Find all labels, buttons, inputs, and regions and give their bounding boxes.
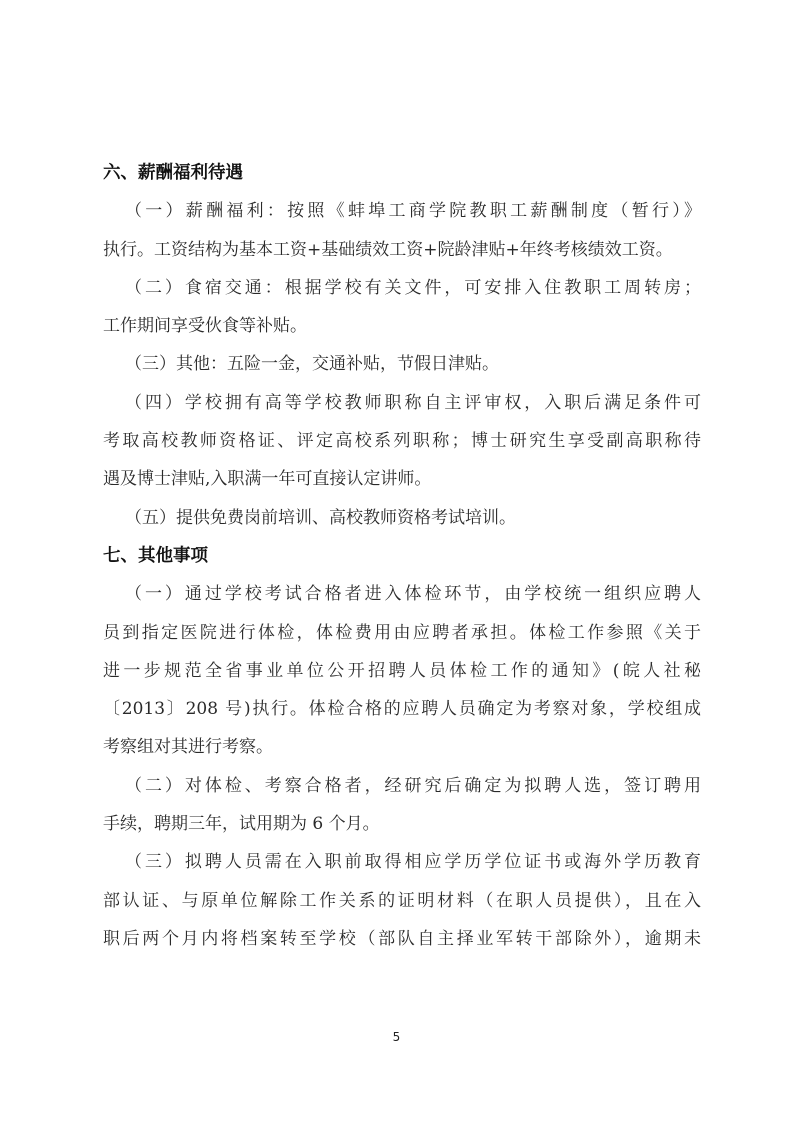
document-body: 六、薪酬福利待遇（一）薪酬福利：按照《蚌埠工商学院教职工薪酬制度（暂行）》执行。… <box>103 154 701 958</box>
paragraph-line: 考取高校教师资格证、评定高校系列职称；博士研究生享受副高职称待 <box>103 422 701 460</box>
paragraph-line: （二）对体检、考察合格者，经研究后确定为拟聘人选，签订聘用 <box>103 767 701 805</box>
section-heading: 七、其他事项 <box>103 537 701 575</box>
page-number: 5 <box>0 1030 793 1044</box>
paragraph-line: 工作期间享受伙食等补贴。 <box>103 307 701 345</box>
paragraph-line: 〔2013〕208 号)执行。体检合格的应聘人员确定为考察对象，学校组成 <box>103 690 701 728</box>
paragraph-line: 执行。工资结构为基本工资+基础绩效工资+院龄津贴+年终考核绩效工资。 <box>103 231 701 269</box>
paragraph-line: 遇及博士津贴,入职满一年可直接认定讲师。 <box>103 460 701 498</box>
paragraph-line: （三）拟聘人员需在入职前取得相应学历学位证书或海外学历教育 <box>103 843 701 881</box>
paragraph-line: 手续，聘期三年，试用期为 6 个月。 <box>103 805 701 843</box>
paragraph-line: （二）食宿交通：根据学校有关文件，可安排入住教职工周转房； <box>103 269 701 307</box>
paragraph-line: 进一步规范全省事业单位公开招聘人员体检工作的通知》(皖人社秘 <box>103 652 701 690</box>
paragraph-line: 职后两个月内将档案转至学校（部队自主择业军转干部除外），逾期未 <box>103 920 701 958</box>
paragraph-line: （一）通过学校考试合格者进入体检环节，由学校统一组织应聘人 <box>103 575 701 613</box>
paragraph-line: 考察组对其进行考察。 <box>103 728 701 766</box>
document-page: 六、薪酬福利待遇（一）薪酬福利：按照《蚌埠工商学院教职工薪酬制度（暂行）》执行。… <box>0 0 793 1122</box>
paragraph-line: （三）其他：五险一金，交通补贴，节假日津贴。 <box>103 345 701 383</box>
section-heading: 六、薪酬福利待遇 <box>103 154 701 192</box>
paragraph-line: （一）薪酬福利：按照《蚌埠工商学院教职工薪酬制度（暂行）》 <box>103 192 701 230</box>
paragraph-line: （五）提供免费岗前培训、高校教师资格考试培训。 <box>103 499 701 537</box>
paragraph-line: 员到指定医院进行体检，体检费用由应聘者承担。体检工作参照《关于 <box>103 614 701 652</box>
paragraph-line: （四）学校拥有高等学校教师职称自主评审权，入职后满足条件可 <box>103 384 701 422</box>
paragraph-line: 部认证、与原单位解除工作关系的证明材料（在职人员提供），且在入 <box>103 882 701 920</box>
